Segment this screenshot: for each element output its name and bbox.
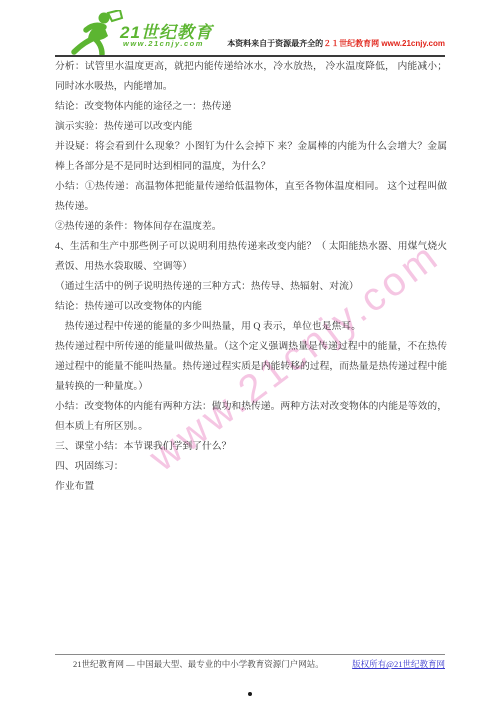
tagline-site-name: ２１世纪教育网 [323, 39, 379, 48]
header: 21世纪教育 www.21cnjy.com 本资料来自于资源最齐全的２１世纪教育… [0, 0, 500, 57]
document-content: 分析：试管里水温度更高，就把内能传递给冰水，冷水放热， 冷水温度降低， 内能减小… [55, 57, 447, 497]
tagline-prefix: 本资料来自于资源最齐全的 [227, 39, 323, 48]
footer-divider [55, 654, 445, 655]
paragraph-heat-definition: 热传递过程中所传递的能量叫做热量。（这个定义强调热量是传递过程中的能量，不在热传… [55, 337, 447, 397]
paragraph-questions: 并设疑：将会看到什么现象？小图钉为什么会掉下 来？金属棒的内能为什么会增大？金属… [55, 137, 447, 177]
paragraph-heat-quantity: 热传递过程中传递的能量的多少叫热量，用 Q 表示，单位也是焦耳。 [55, 317, 447, 337]
document-page: 21世纪教育 www.21cnjy.com 本资料来自于资源最齐全的２１世纪教育… [0, 0, 500, 707]
paragraph-examples: 4、生活和生产中那些例子可以说明利用热传递来改变内能？（ 太阳能热水器、用煤气烧… [55, 237, 447, 277]
footer: 21世纪教育网 — 中国最大型、最专业的中小学教育资源门户网站。 版权所有@21… [55, 658, 445, 670]
paragraph-practice: 四、巩固练习： [55, 457, 447, 477]
paragraph-condition: ②热传递的条件：物体间存在温度差。 [55, 217, 447, 237]
site-logo: 21世纪教育 www.21cnjy.com [68, 10, 228, 56]
running-figure-icon [68, 10, 124, 61]
paragraph-homework: 作业布置 [55, 477, 447, 497]
logo-url-text: www.21cnjy.com [123, 39, 204, 48]
copyright-link[interactable]: 版权所有@21世纪教育网 [352, 658, 445, 670]
paragraph-summary-1: 小结：①热传递：高温物体把能量传递给低温物体，直至各物体温度相同。 这个过程叫做… [55, 177, 447, 217]
paragraph-analysis: 分析：试管里水温度更高，就把内能传递给冰水，冷水放热， 冷水温度降低， 内能减小… [55, 57, 447, 97]
paragraph-demo-experiment: 演示实验：热传递可以改变内能 [55, 117, 447, 137]
paragraph-three-ways: （通过生活中的例子说明热传递的三种方式：热传导、热辐射、对流） [55, 277, 447, 297]
header-tagline: 本资料来自于资源最齐全的２１世纪教育网 www.21cnjy.com [227, 38, 445, 49]
paragraph-conclusion-1: 结论：改变物体内能的途径之一：热传递 [55, 97, 447, 117]
paragraph-summary-2: 小结：改变物体的内能有两种方法：做功和热传递。两种方法对改变物体的内能是等效的，… [55, 397, 447, 437]
page-marker-dot [248, 692, 252, 696]
tagline-url: www.21cnjy.com [379, 39, 445, 48]
paragraph-class-summary: 三、课堂小结：本节课我们学到了什么？ [55, 437, 447, 457]
footer-info-text: 21世纪教育网 — 中国最大型、最专业的中小学教育资源门户网站。 [55, 658, 324, 670]
paragraph-conclusion-2: 结论：热传递可以改变物体的内能 [55, 297, 447, 317]
